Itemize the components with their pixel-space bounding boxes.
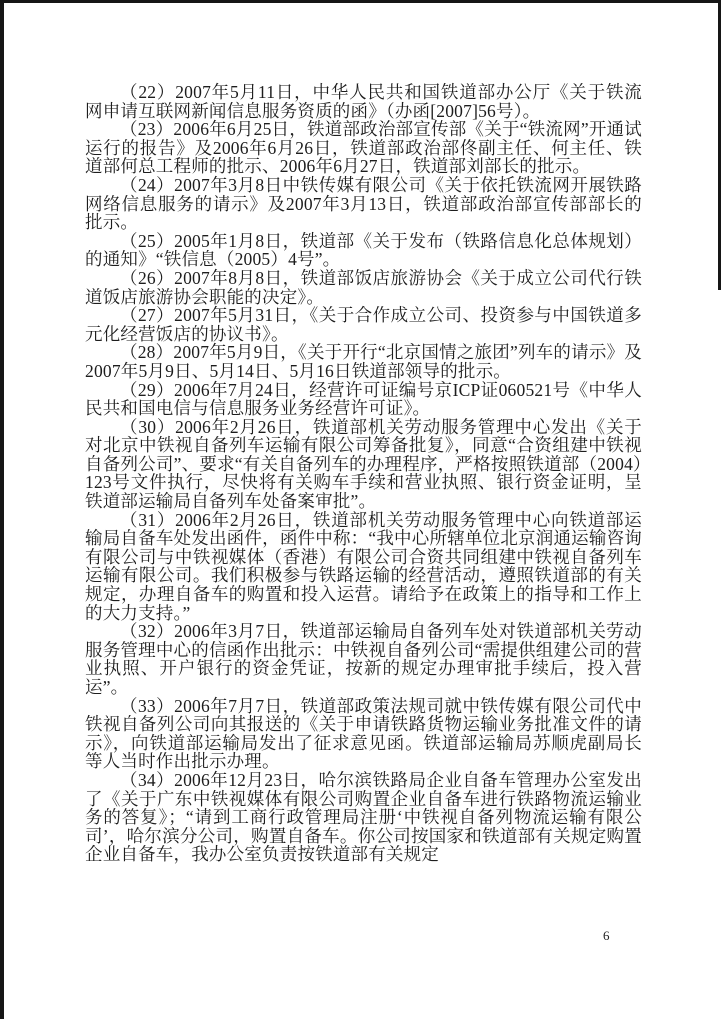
paragraph: （24）2007年3月8日中铁传媒有限公司《关于依托铁流网开展铁路网络信息服务的… <box>85 176 642 232</box>
paragraph: （34）2006年12月23日，哈尔滨铁路局企业自备车管理办公室发出了《关于广东… <box>85 771 642 864</box>
scan-border-left <box>0 0 4 1019</box>
page-number: 6 <box>603 928 610 944</box>
paragraph: （30）2006年2月26日，铁道部机关劳动服务管理中心发出《关于对北京中铁视自… <box>85 418 642 511</box>
paragraph: （33）2006年7月7日，铁道部政策法规司就中铁传媒有限公司代中铁视自备列公司… <box>85 697 642 771</box>
scan-border-top <box>0 0 721 3</box>
paragraph: （27）2007年5月31日，《关于合作成立公司、投资参与中国铁道多元化经营饭店… <box>85 306 642 343</box>
paragraph: （32）2006年3月7日，铁道部运输局自备列车处对铁道部机关劳动服务管理中心的… <box>85 622 642 696</box>
paragraph: （29）2006年7月24日，经营许可证编号京ICP证060521号《中华人民共… <box>85 381 642 418</box>
paragraph: （23）2006年6月25日，铁道部政治部宣传部《关于“铁流网”开通试运行的报告… <box>85 120 642 176</box>
scanned-document-page: （22）2007年5月11日，中华人民共和国铁道部办公厅《关于铁流网申请互联网新… <box>0 0 721 1019</box>
paragraph: （31）2006年2月26日，铁道部机关劳动服务管理中心向铁道部运输局自备车处发… <box>85 511 642 623</box>
paragraph: （22）2007年5月11日，中华人民共和国铁道部办公厅《关于铁流网申请互联网新… <box>85 83 642 120</box>
paragraph: （25）2005年1月8日，铁道部《关于发布（铁路信息化总体规划）的通知》“铁信… <box>85 232 642 269</box>
paragraph: （26）2007年8月8日，铁道部饭店旅游协会《关于成立公司代行铁道饭店旅游协会… <box>85 269 642 306</box>
paragraph: （28）2007年5月9日，《关于开行“北京国情之旅团”列车的请示》及2007年… <box>85 343 642 380</box>
document-body: （22）2007年5月11日，中华人民共和国铁道部办公厅《关于铁流网申请互联网新… <box>85 83 642 864</box>
